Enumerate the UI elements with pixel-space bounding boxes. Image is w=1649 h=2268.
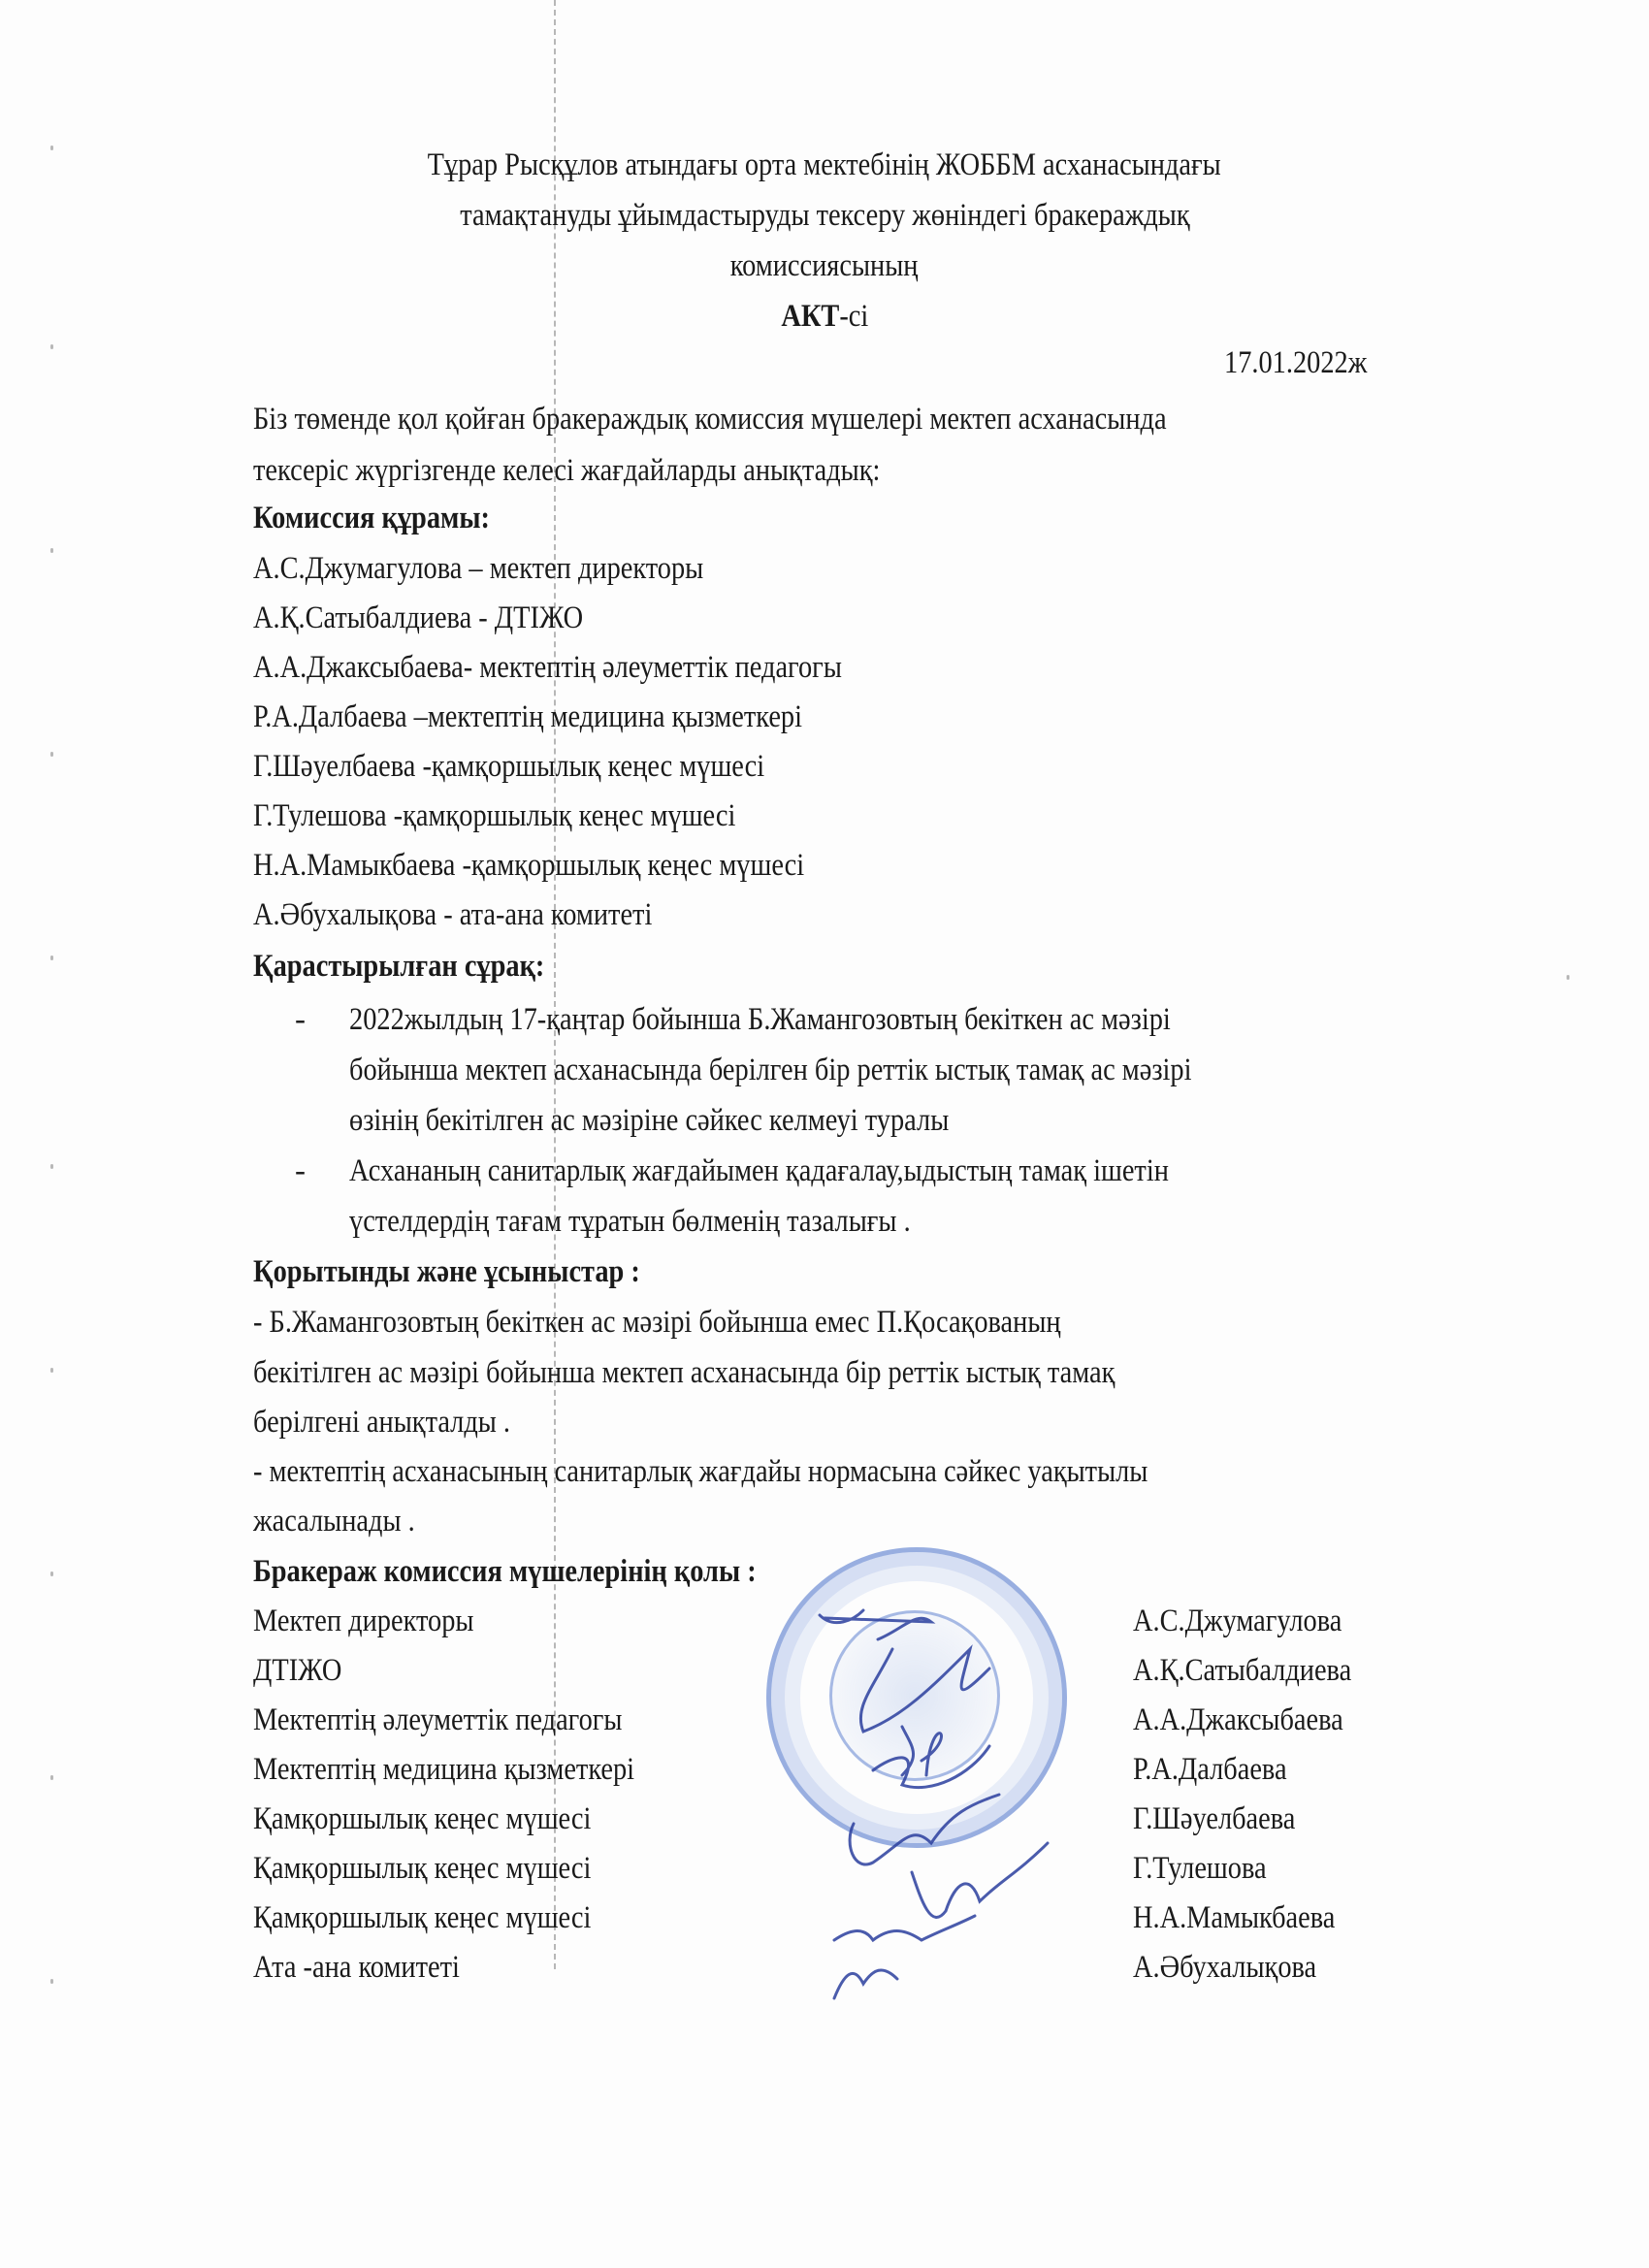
signature-role: ДТІЖО	[253, 1651, 341, 1690]
signature-name: А.С.Джумагулова	[1133, 1602, 1342, 1640]
question-item-1-line-1: 2022жылдың 17-қаңтар бойынша Б.Жамангозо…	[349, 1000, 1401, 1039]
intro-line-1: Біз төменде қол қойған бракераждық комис…	[253, 400, 1305, 438]
conclusion-line: жасалынады .	[253, 1502, 1305, 1540]
scan-speck	[50, 344, 53, 349]
intro-line-2: тексеріс жүргізгенде келесі жағдайларды …	[253, 451, 1305, 490]
commission-heading: Комиссия құрамы:	[253, 499, 1305, 537]
emblem-icon	[829, 1610, 1000, 1781]
act-suffix: -сі	[839, 297, 868, 336]
signature-name: А.Қ.Сатыбалдиева	[1133, 1651, 1351, 1690]
question-heading: Қарастырылған сұрақ:	[253, 947, 1305, 986]
conclusion-line: - Б.Жамангозовтың бекіткен ас мәзірі бой…	[253, 1303, 1305, 1342]
scan-speck	[50, 1368, 53, 1373]
scanned-document-page: Тұрар Рысқұлов атындағы орта мектебінің …	[0, 0, 1649, 2268]
signature-name: Г.Шәуелбаева	[1133, 1799, 1295, 1838]
signature-role: Мектептің медицина қызметкері	[253, 1750, 634, 1789]
conclusion-line: бекітілген ас мәзірі бойынша мектеп асха…	[253, 1353, 1305, 1392]
commission-member: А.Әбухалықова - ата-ана комитеті	[253, 895, 1305, 934]
commission-member: Г.Тулешова -қамқоршылық кеңес мүшесі	[253, 796, 1305, 835]
commission-member: А.А.Джаксыбаева- мектептің әлеуметтік пе…	[253, 648, 1305, 687]
commission-member: А.Қ.Сатыбалдиева - ДТІЖО	[253, 599, 1305, 637]
signature-mark	[912, 1843, 1048, 1917]
act-heading: АКТ-сі	[0, 297, 1649, 336]
signature-name: Г.Тулешова	[1133, 1849, 1267, 1888]
scan-speck	[50, 1164, 53, 1169]
official-stamp	[766, 1547, 1067, 1848]
scan-speck	[50, 1775, 53, 1780]
scan-speck	[1567, 975, 1569, 980]
signature-role: Қамқоршылық кеңес мүшесі	[253, 1898, 591, 1937]
act-label: АКТ	[781, 299, 839, 334]
signature-mark	[834, 1970, 897, 1998]
conclusion-line: - мектептің асханасының санитарлық жағда…	[253, 1452, 1305, 1491]
signature-role: Ата -ана комитеті	[253, 1948, 460, 1987]
scan-speck	[50, 1571, 53, 1576]
signature-mark	[834, 1916, 975, 1940]
signature-name: Н.А.Мамыкбаева	[1133, 1898, 1335, 1937]
commission-member: Р.А.Далбаева –мектептің медицина қызметк…	[253, 697, 1305, 736]
question-item-2-line-2: үстелдердің тағам тұратын бөлменің тазал…	[349, 1202, 1401, 1241]
conclusion-line: берілгені анықталды .	[253, 1403, 1305, 1442]
commission-member: А.С.Джумагулова – мектеп директоры	[253, 549, 1305, 588]
question-item-1-line-2: бойынша мектеп асханасында берілген бір …	[349, 1051, 1401, 1089]
signature-role: Мектептің әлеуметтік педагогы	[253, 1701, 623, 1739]
commission-member: Н.А.Мамыкбаева -қамқоршылық кеңес мүшесі	[253, 846, 1305, 885]
signature-role: Қамқоршылық кеңес мүшесі	[253, 1799, 591, 1838]
title-line-2: тамақтануды ұйымдастыруды тексеру жөнінд…	[0, 196, 1649, 235]
commission-member: Г.Шәуелбаева -қамқоршылық кеңес мүшесі	[253, 747, 1305, 786]
signature-name: А.Әбухалықова	[1133, 1948, 1316, 1987]
scan-speck	[50, 1979, 53, 1984]
title-line-3: комиссиясының	[0, 246, 1649, 285]
signatures-heading: Бракераж комиссия мүшелерінің қолы :	[253, 1552, 1305, 1591]
bullet-dash: -	[295, 1000, 306, 1039]
signature-role: Мектеп директоры	[253, 1602, 473, 1640]
title-line-1: Тұрар Рысқұлов атындағы орта мектебінің …	[0, 146, 1649, 184]
question-item-2-line-1: Асхананың санитарлық жағдайымен қадағала…	[349, 1151, 1401, 1190]
conclusions-heading: Қорытынды және ұсыныстар :	[253, 1252, 1305, 1291]
signature-name: А.А.Джаксыбаева	[1133, 1701, 1343, 1739]
signature-name: Р.А.Далбаева	[1133, 1750, 1287, 1789]
scan-speck	[50, 548, 53, 553]
signature-role: Қамқоршылық кеңес мүшесі	[253, 1849, 591, 1888]
question-item-1-line-3: өзінің бекітілген ас мәзіріне сәйкес кел…	[349, 1101, 1401, 1140]
bullet-dash: -	[295, 1151, 306, 1190]
document-date: 17.01.2022ж	[1224, 343, 1367, 382]
scan-speck	[50, 752, 53, 757]
scan-speck	[50, 956, 53, 960]
